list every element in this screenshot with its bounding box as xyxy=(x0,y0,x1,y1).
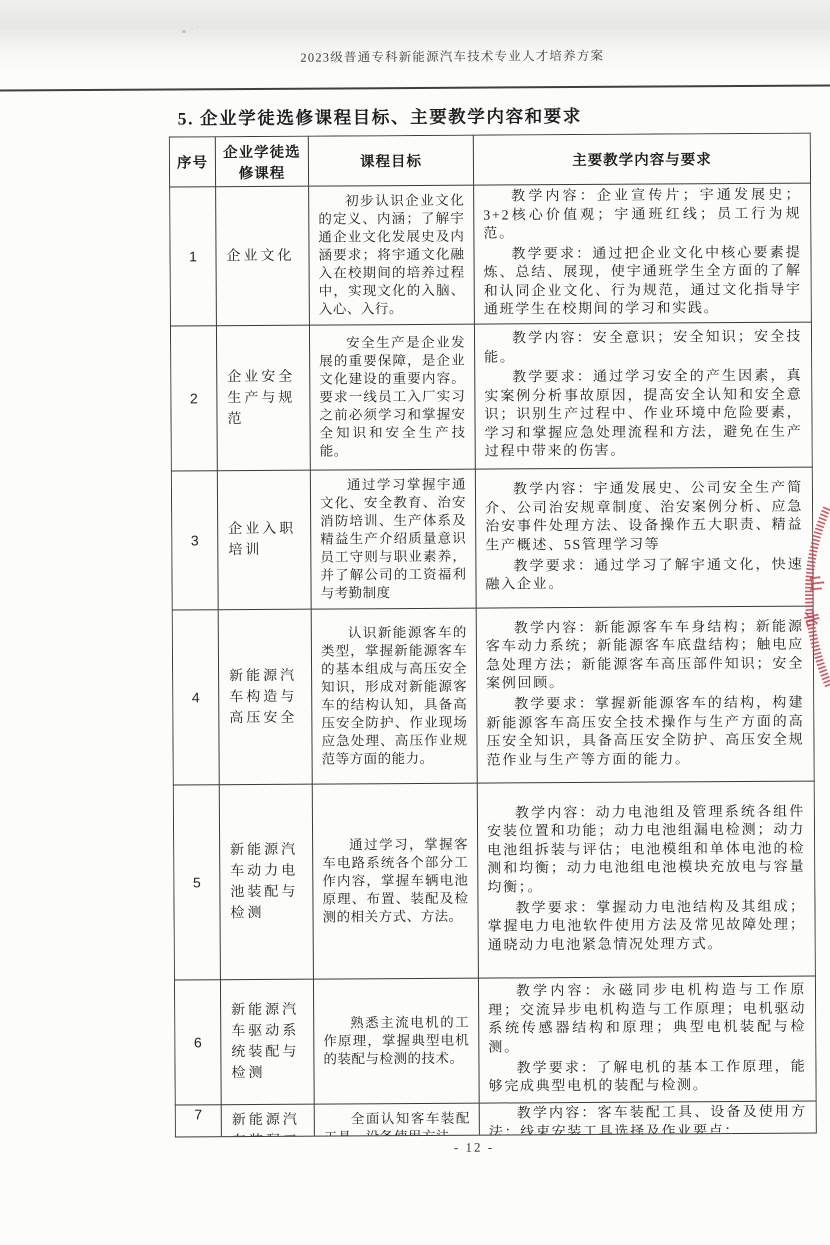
row-no: 3 xyxy=(171,471,218,610)
section-title: 5. 企业学徒选修课程目标、主要教学内容和要求 xyxy=(178,103,582,130)
teaching-requirement: 教学要求：掌握新能源客车的结构，构建新能源客车高压安全技术操作与生产方面的高压安… xyxy=(478,694,812,772)
header-rule xyxy=(0,84,830,91)
course-content: 教学内容：动力电池组及管理系统各组件安装位置和功能；动力电池组漏电检测；动力电池… xyxy=(477,781,815,978)
row-no: 7 xyxy=(175,1105,221,1138)
col-header-goal: 课程目标 xyxy=(308,135,473,186)
course-name: 新能源汽车装配工 xyxy=(221,1104,314,1137)
table-row: 7 新能源汽车装配工 全面认知客车装配工具、设备使用方法、 教学内容：客车装配工… xyxy=(175,1101,816,1137)
teaching-content: 教学内容：动力电池组及管理系统各组件安装位置和功能；动力电池组漏电检测；动力电池… xyxy=(479,802,814,899)
table-header-row: 序号 企业学徒选修课程 课程目标 主要教学内容与要求 xyxy=(169,133,810,187)
course-content: 教学内容：新能源客车车身结构；新能源客车动力系统；新能源客车底盘结构；触电应急处… xyxy=(476,606,814,783)
course-name: 新能源汽车驱动系统装配与检测 xyxy=(220,979,314,1105)
page-number: - 12 - xyxy=(114,1137,830,1157)
course-name: 新能源汽车构造与高压安全 xyxy=(218,609,312,785)
course-content: 教学内容：永磁同步电机构造与工作原理；交流异步电机构造与工作原理；电机驱动系统传… xyxy=(478,976,816,1103)
teaching-content: 教学内容：企业宣传片；宇通发展史；3+2核心价值观；宇通班红线；员工行为规范。 xyxy=(475,186,809,246)
teaching-content: 教学内容：安全意识；安全知识；安全技能。 xyxy=(476,328,810,369)
course-table-region: 序号 企业学徒选修课程 课程目标 主要教学内容与要求 1 企业文化 初步认识企业… xyxy=(169,133,817,1138)
course-goal: 通过学习掌握宇通文化、安全教育、治安消防培训、生产体系及精益生产介绍质量意识员工… xyxy=(310,469,476,609)
document-header-title: 2023级普通专科新能源汽车技术专业人才培养方案 xyxy=(77,44,827,67)
teaching-requirement: 教学要求：通过把企业文化中核心要素提炼、总结、展现，使宇通班学生全方面的了解和认… xyxy=(475,243,809,321)
col-header-no: 序号 xyxy=(169,137,215,187)
course-goal: 安全生产是企业发展的重要保障，是企业文化建设的重要内容。要求一线员工入厂实习之前… xyxy=(309,324,475,470)
table-row: 6 新能源汽车驱动系统装配与检测 熟悉主流电机的工作原理，掌握典型电机的装配与检… xyxy=(174,976,816,1105)
course-goal: 认识新能源客车的类型，掌握新能源客车的基本组成与高压安全知识，形成对新能源客车的… xyxy=(311,608,477,784)
row-no: 4 xyxy=(172,610,219,785)
teaching-content: 教学内容：客车装配工具、设备及使用方法；线束安装工具选择及作业要点； xyxy=(481,1103,815,1138)
document-page: 2023级普通专科新能源汽车技术专业人才培养方案 5. 企业学徒选修课程目标、主… xyxy=(0,0,830,1245)
table-row: 2 企业安全生产与规范 安全生产是企业发展的重要保障，是企业文化建设的重要内容。… xyxy=(170,322,812,471)
course-goal: 熟悉主流电机的工作原理，掌握典型电机的装配与检测的技术。 xyxy=(313,978,479,1104)
table-row: 4 新能源汽车构造与高压安全 认识新能源客车的类型，掌握新能源客车的基本组成与高… xyxy=(172,606,814,785)
table-row: 1 企业文化 初步认识企业文化的定义、内涵；了解宇通企业文化发展史及内涵要求；将… xyxy=(170,183,812,326)
course-goal: 全面认知客车装配工具、设备使用方法、 xyxy=(314,1103,479,1137)
course-content: 教学内容：企业宣传片；宇通发展史；3+2核心价值观；宇通班红线；员工行为规范。 … xyxy=(474,183,812,324)
teaching-content: 教学内容：宇通发展史、公司安全生产简介、公司治安规章制度、治安案例分析、应急治安… xyxy=(477,479,811,557)
table-row: 5 新能源汽车动力电池装配与检测 通过学习，掌握客车电路系统各个部分工作内容，掌… xyxy=(173,781,815,980)
teaching-requirement: 教学要求：掌握动力电池结构及其组成；掌握电力电池软件使用方法及常见故障处理；通晓… xyxy=(479,897,813,957)
teaching-requirement: 教学要求：了解电机的基本工作原理，能够完成典型电机的装配与检测。 xyxy=(480,1057,814,1098)
course-name: 企业文化 xyxy=(216,186,310,326)
sheet: 2023级普通专科新能源汽车技术专业人才培养方案 5. 企业学徒选修课程目标、主… xyxy=(0,0,830,1245)
teaching-requirement: 教学要求：通过学习了解宇通文化，快速融入企业。 xyxy=(477,555,811,596)
teaching-requirement: 教学要求：通过学习安全的产生因素，真实案例分析事故原因，提高安全认知和安全意识；… xyxy=(476,367,811,464)
col-header-course: 企业学徒选修课程 xyxy=(215,136,308,187)
row-no: 5 xyxy=(173,785,220,980)
course-name: 企业安全生产与规范 xyxy=(216,325,310,471)
course-content: 教学内容：安全意识；安全知识；安全技能。 教学要求：通过学习安全的产生因素，真实… xyxy=(474,322,812,469)
course-goal: 通过学习，掌握客车电路系统各个部分工作内容，掌握车辆电池原理、布置、装配及检测的… xyxy=(312,783,478,979)
course-table: 序号 企业学徒选修课程 课程目标 主要教学内容与要求 1 企业文化 初步认识企业… xyxy=(169,133,817,1138)
col-header-content: 主要教学内容与要求 xyxy=(473,133,810,185)
course-name: 企业入职培训 xyxy=(217,470,311,610)
table-row: 3 企业入职培训 通过学习掌握宇通文化、安全教育、治安消防培训、生产体系及精益生… xyxy=(171,467,813,610)
teaching-content: 教学内容：新能源客车车身结构；新能源客车动力系统；新能源客车底盘结构；触电应急处… xyxy=(478,617,812,695)
row-no: 2 xyxy=(170,326,217,471)
row-no: 1 xyxy=(170,187,217,326)
course-goal: 初步认识企业文化的定义、内涵；了解宇通企业文化发展史及内涵要求；将宇通文化融入在… xyxy=(309,185,475,325)
teaching-content: 教学内容：永磁同步电机构造与工作原理；交流异步电机构造与工作原理；电机驱动系统传… xyxy=(480,981,814,1059)
course-content: 教学内容：客车装配工具、设备及使用方法；线束安装工具选择及作业要点； xyxy=(479,1101,816,1137)
row-no: 6 xyxy=(174,980,221,1105)
course-content: 教学内容：宇通发展史、公司安全生产简介、公司治安规章制度、治安案例分析、应急治安… xyxy=(475,467,813,608)
course-name: 新能源汽车动力电池装配与检测 xyxy=(219,784,313,980)
